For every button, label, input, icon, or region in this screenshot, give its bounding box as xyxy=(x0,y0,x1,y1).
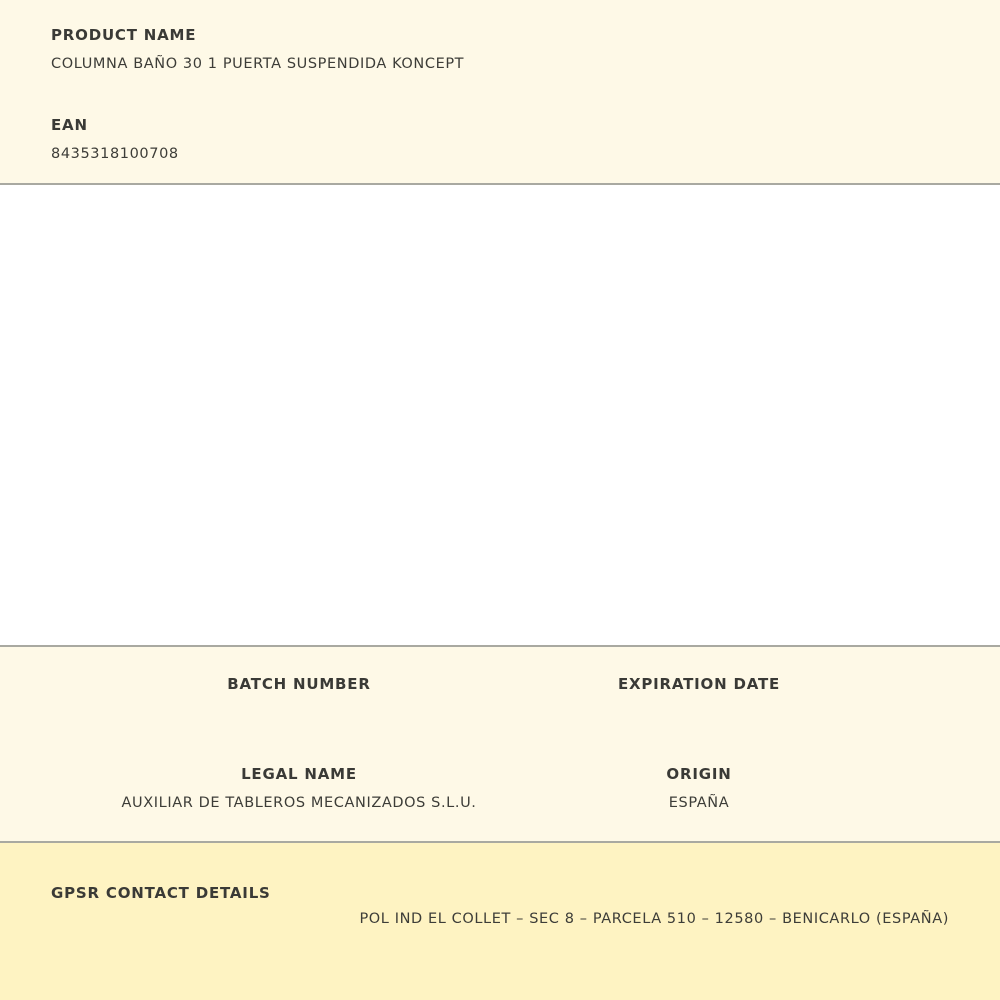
product-name-label: PRODUCT NAME xyxy=(51,26,196,44)
legal-name-label: LEGAL NAME xyxy=(241,765,357,783)
legal-name-value: AUXILIAR DE TABLEROS MECANIZADOS S.L.U. xyxy=(122,795,477,811)
product-info-section: PRODUCT NAME COLUMNA BAÑO 30 1 PUERTA SU… xyxy=(0,0,1000,185)
batch-number-label: BATCH NUMBER xyxy=(227,675,370,693)
gpsr-section: GPSR CONTACT DETAILS POL IND EL COLLET –… xyxy=(0,843,1000,1000)
blank-area xyxy=(0,187,1000,645)
details-section: BATCH NUMBER EXPIRATION DATE LEGAL NAME … xyxy=(0,645,1000,843)
gpsr-contact-label: GPSR CONTACT DETAILS xyxy=(51,884,271,902)
gpsr-contact-address: POL IND EL COLLET – SEC 8 – PARCELA 510 … xyxy=(359,911,949,927)
origin-label: ORIGIN xyxy=(666,765,731,783)
product-name-value: COLUMNA BAÑO 30 1 PUERTA SUSPENDIDA KONC… xyxy=(51,56,464,72)
ean-value: 8435318100708 xyxy=(51,146,179,162)
origin-value: ESPAÑA xyxy=(669,795,729,811)
expiration-date-label: EXPIRATION DATE xyxy=(618,675,780,693)
ean-label: EAN xyxy=(51,116,88,134)
